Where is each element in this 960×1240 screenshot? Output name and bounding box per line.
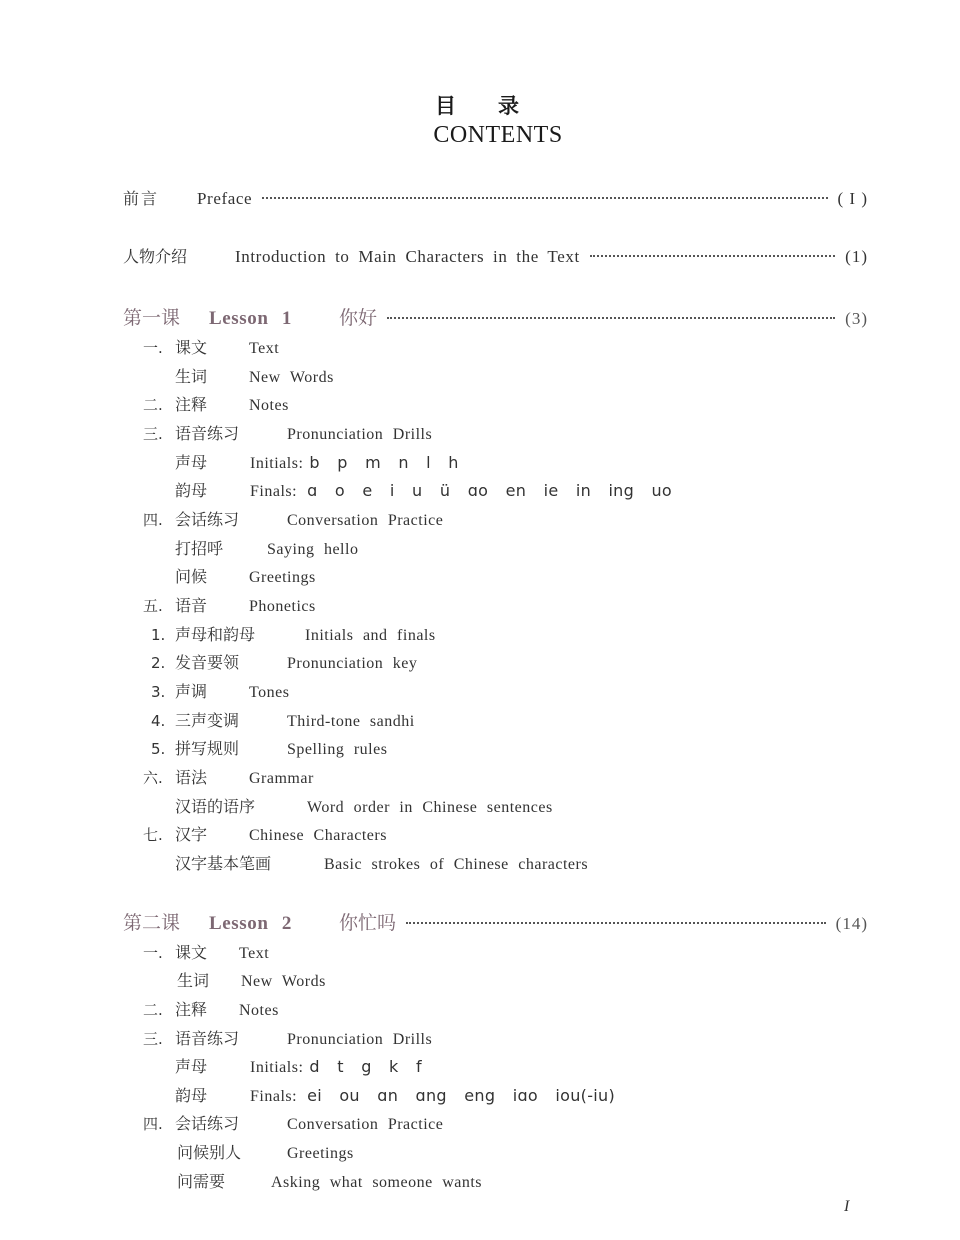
toc-item[interactable]: 一.课文Text	[143, 940, 269, 963]
lesson-number-cn: 第一课	[123, 303, 209, 330]
item-en: Finals:	[250, 483, 297, 501]
toc-item[interactable]: 生词New Words	[177, 968, 326, 991]
toc-item[interactable]: 二.注释Notes	[143, 997, 279, 1020]
item-en: Greetings	[287, 1145, 354, 1163]
toc-item[interactable]: 3.声调Tones	[151, 679, 289, 702]
item-number: 二.	[143, 394, 175, 415]
item-en: Initials:	[250, 455, 303, 473]
item-number: 五.	[143, 595, 175, 616]
item-cn: 注释	[175, 997, 239, 1020]
toc-item[interactable]: 生词New Words	[175, 364, 334, 387]
item-cn: 注释	[175, 392, 249, 415]
item-en: New Words	[249, 369, 334, 387]
lesson-number-en: Lesson 2	[209, 913, 339, 935]
item-en: Third-tone sandhi	[287, 713, 415, 731]
item-number: 三.	[143, 423, 175, 444]
toc-item[interactable]: 四.会话练习Conversation Practice	[143, 507, 443, 530]
item-cn: 三声变调	[175, 708, 287, 731]
item-en: Saying hello	[267, 541, 358, 559]
toc-item[interactable]: 四.会话练习Conversation Practice	[143, 1111, 443, 1134]
entry-page: (1)	[845, 247, 868, 267]
toc-lesson-2[interactable]: 第二课 Lesson 2 你忙吗 (14)	[123, 908, 868, 935]
toc-entry-introduction[interactable]: 人物介绍 Introduction to Main Characters in …	[123, 244, 868, 267]
item-number: 4.	[151, 712, 175, 730]
toc-item[interactable]: 问候别人Greetings	[177, 1140, 354, 1163]
item-number: 七.	[143, 824, 175, 845]
toc-item[interactable]: 三.语音练习Pronunciation Drills	[143, 1026, 432, 1049]
toc-item[interactable]: 七.汉字Chinese Characters	[143, 822, 387, 845]
item-number: 2.	[151, 654, 175, 672]
toc-item[interactable]: 二.注释Notes	[143, 392, 289, 415]
lesson-page: (14)	[836, 914, 868, 934]
toc-item[interactable]: 2.发音要领Pronunciation key	[151, 650, 417, 673]
item-cn: 语法	[175, 765, 249, 788]
item-number: 四.	[143, 509, 175, 530]
item-en: Spelling rules	[287, 741, 387, 759]
item-en: Conversation Practice	[287, 512, 443, 530]
item-en: Finals:	[250, 1088, 297, 1106]
item-en: Word order in Chinese sentences	[307, 799, 553, 817]
item-en: Text	[239, 945, 269, 963]
item-cn: 课文	[175, 335, 249, 358]
item-cn: 拼写规则	[175, 736, 287, 759]
item-cn: 汉字	[175, 822, 249, 845]
item-cn: 声母	[175, 1054, 250, 1077]
lesson-number-cn: 第二课	[123, 908, 209, 935]
toc-item[interactable]: 一.课文Text	[143, 335, 279, 358]
dot-leader	[590, 255, 835, 257]
pinyin-list: ei ou ɑn ɑng eng iɑo iou(-iu)	[307, 1086, 615, 1105]
toc-item[interactable]: 1.声母和韵母Initials and finals	[151, 622, 436, 645]
pinyin-list: d t g k f	[309, 1057, 422, 1076]
item-number: 一.	[143, 942, 175, 963]
item-cn: 韵母	[175, 478, 250, 501]
pinyin-list: b p m n l h	[309, 453, 458, 472]
item-cn: 会话练习	[175, 1111, 287, 1134]
item-cn: 生词	[177, 968, 241, 991]
toc-item[interactable]: 4.三声变调Third-tone sandhi	[151, 708, 415, 731]
item-en: New Words	[241, 973, 326, 991]
item-en: Pronunciation Drills	[287, 426, 432, 444]
item-en: Basic strokes of Chinese characters	[324, 856, 588, 874]
item-en: Notes	[239, 1002, 279, 1020]
dot-leader	[387, 317, 835, 319]
toc-item[interactable]: 打招呼Saying hello	[175, 536, 358, 559]
toc-entry-preface[interactable]: 前言 Preface ( I )	[123, 186, 868, 209]
item-number: 3.	[151, 683, 175, 701]
item-en: Greetings	[249, 569, 316, 587]
lesson-number-en: Lesson 1	[209, 308, 339, 330]
toc-item[interactable]: 五.语音Phonetics	[143, 593, 316, 616]
item-cn: 声调	[175, 679, 249, 702]
item-cn: 声母	[175, 450, 250, 473]
lesson-page: (3)	[845, 309, 868, 329]
toc-item[interactable]: 韵母Finals:ei ou ɑn ɑng eng iɑo iou(-iu)	[175, 1083, 615, 1106]
item-cn: 语音练习	[175, 1026, 287, 1049]
item-cn: 语音练习	[175, 421, 287, 444]
item-number: 三.	[143, 1028, 175, 1049]
toc-item[interactable]: 问候Greetings	[175, 564, 316, 587]
item-cn: 课文	[175, 940, 239, 963]
item-en: Text	[249, 340, 279, 358]
toc-item[interactable]: 声母Initials:b p m n l h	[175, 450, 459, 473]
item-cn: 语音	[175, 593, 249, 616]
item-en: Initials:	[250, 1059, 303, 1077]
item-en: Phonetics	[249, 598, 316, 616]
item-cn: 韵母	[175, 1083, 250, 1106]
entry-page: ( I )	[838, 189, 868, 209]
item-en: Conversation Practice	[287, 1116, 443, 1134]
item-number: 1.	[151, 626, 175, 644]
item-number: 六.	[143, 767, 175, 788]
lesson-title: 你忙吗	[339, 908, 396, 935]
page-number: I	[844, 1198, 849, 1216]
contents-title-cn: 目录	[0, 90, 960, 120]
pinyin-list: ɑ o e i u ü ɑo en ie in ing uo	[307, 481, 672, 500]
entry-en: Introduction to Main Characters in the T…	[235, 247, 580, 267]
item-en: Asking what someone wants	[271, 1174, 482, 1192]
dot-leader	[262, 197, 827, 199]
item-cn: 打招呼	[175, 536, 267, 559]
item-en: Grammar	[249, 770, 314, 788]
item-cn: 会话练习	[175, 507, 287, 530]
item-number: 一.	[143, 337, 175, 358]
toc-item[interactable]: 问需要Asking what someone wants	[177, 1169, 482, 1192]
item-cn: 发音要领	[175, 650, 287, 673]
toc-item[interactable]: 六.语法Grammar	[143, 765, 314, 788]
item-en: Pronunciation Drills	[287, 1031, 432, 1049]
contents-title-en: CONTENTS	[0, 122, 960, 149]
item-en: Tones	[249, 684, 289, 702]
toc-item[interactable]: 三.语音练习Pronunciation Drills	[143, 421, 432, 444]
item-cn: 声母和韵母	[175, 622, 305, 645]
item-en: Notes	[249, 397, 289, 415]
lesson-title: 你好	[339, 303, 377, 330]
entry-en: Preface	[197, 189, 252, 209]
item-cn: 问需要	[177, 1169, 271, 1192]
item-cn: 生词	[175, 364, 249, 387]
toc-item[interactable]: 5.拼写规则Spelling rules	[151, 736, 387, 759]
item-number: 5.	[151, 740, 175, 758]
dot-leader	[406, 922, 826, 924]
item-en: Initials and finals	[305, 627, 436, 645]
item-number: 二.	[143, 999, 175, 1020]
item-cn: 汉语的语序	[175, 794, 307, 817]
toc-lesson-1[interactable]: 第一课 Lesson 1 你好 (3)	[123, 303, 868, 330]
item-en: Chinese Characters	[249, 827, 387, 845]
toc-item[interactable]: 汉字基本笔画Basic strokes of Chinese character…	[175, 851, 588, 874]
item-en: Pronunciation key	[287, 655, 417, 673]
toc-item[interactable]: 汉语的语序Word order in Chinese sentences	[175, 794, 553, 817]
item-number: 四.	[143, 1113, 175, 1134]
item-cn: 汉字基本笔画	[175, 851, 324, 874]
entry-cn: 前言	[123, 186, 197, 209]
toc-item[interactable]: 韵母Finals:ɑ o e i u ü ɑo en ie in ing uo	[175, 478, 672, 501]
item-cn: 问候	[175, 564, 249, 587]
item-cn: 问候别人	[177, 1140, 287, 1163]
entry-cn: 人物介绍	[123, 244, 235, 267]
toc-item[interactable]: 声母Initials:d t g k f	[175, 1054, 422, 1077]
